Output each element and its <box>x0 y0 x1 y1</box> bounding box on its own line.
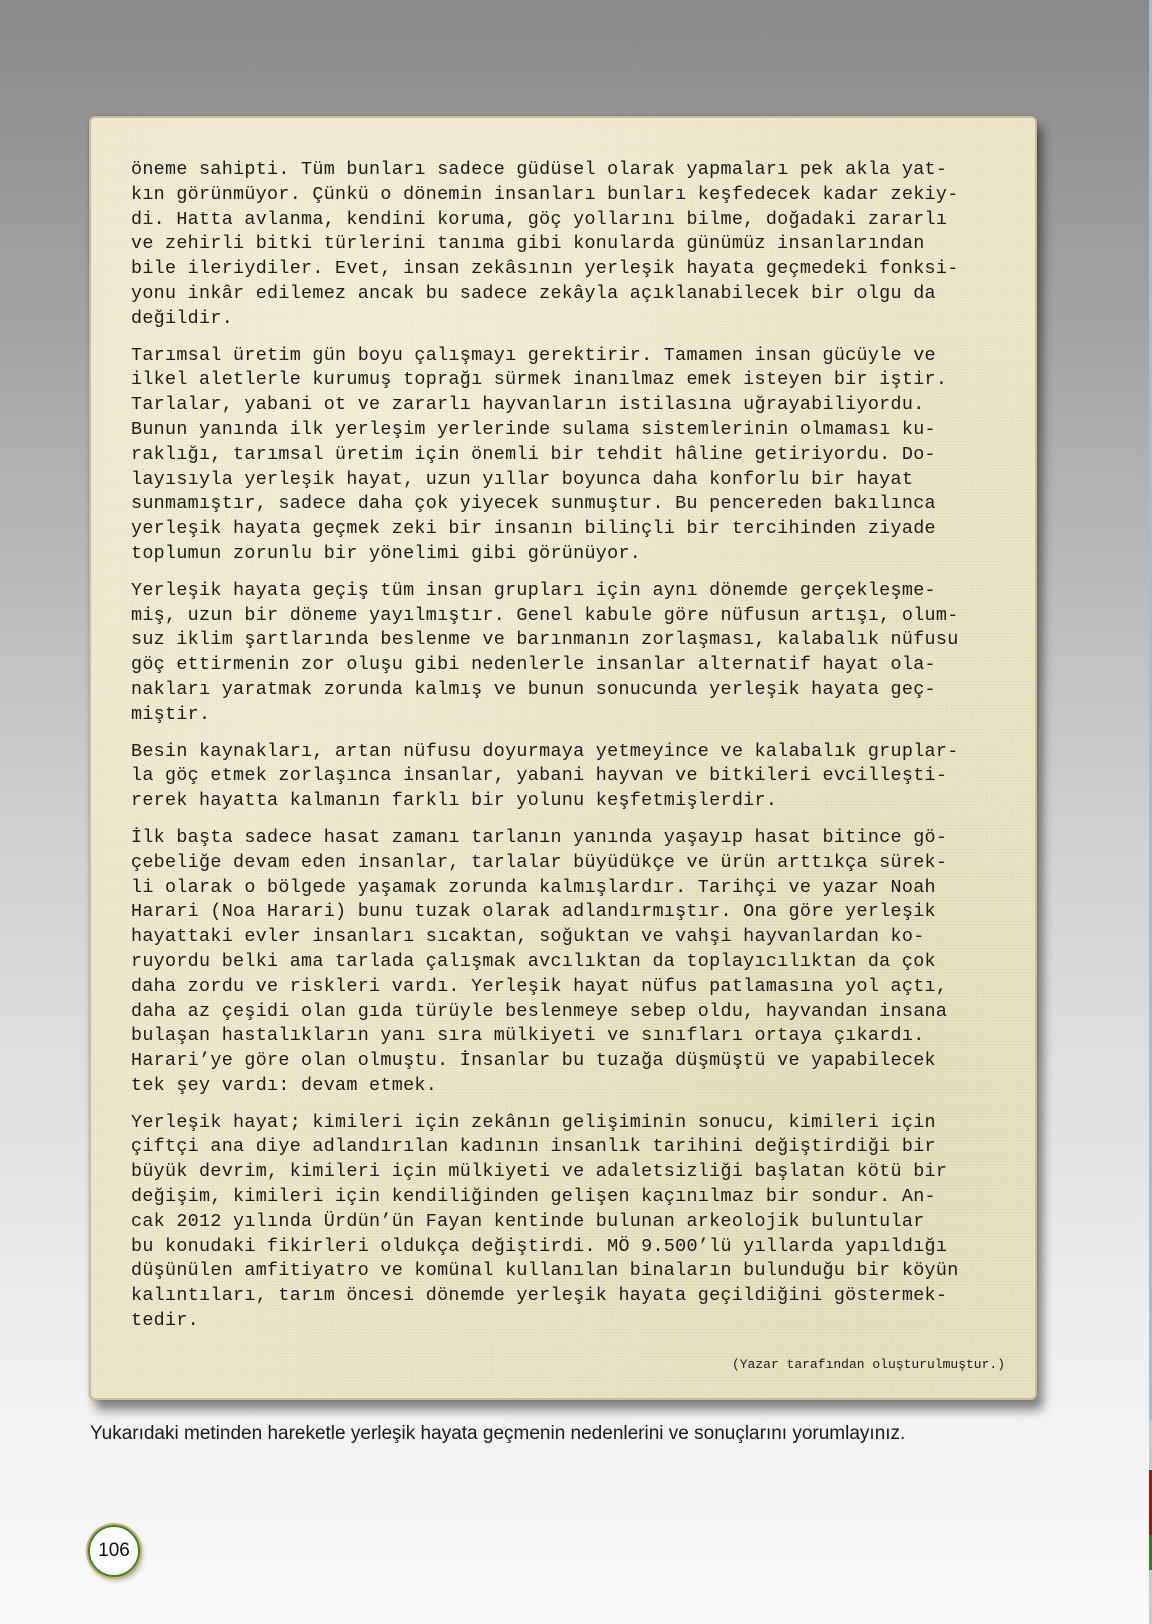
text-line: yonu inkâr edilemez ancak bu sadece zekâ… <box>131 282 1001 307</box>
text-line: layısıyla yerleşik hayat, uzun yıllar bo… <box>131 468 1001 493</box>
text-line: di. Hatta avlanma, kendini koruma, göç y… <box>131 208 1001 233</box>
text-line: bulaşan hastalıkların yanı sıra mülkiyet… <box>131 1024 1001 1049</box>
text-line: Tarımsal üretim gün boyu çalışmayı gerek… <box>131 344 1001 369</box>
text-line: göç ettirmenin zor oluşu gibi nedenlerle… <box>131 653 1001 678</box>
text-line: miştir. <box>131 703 1001 728</box>
paragraph: Besin kaynakları, artan nüfusu doyurmaya… <box>131 740 1001 814</box>
text-line: Besin kaynakları, artan nüfusu doyurmaya… <box>131 740 1001 765</box>
text-line: çebeliğe devam eden insanlar, tarlalar b… <box>131 851 1001 876</box>
paragraph: Yerleşik hayat; kimileri için zekânın ge… <box>131 1111 1001 1334</box>
text-line: büyük devrim, kimileri için mülkiyeti ve… <box>131 1160 1001 1185</box>
paragraph: öneme sahipti. Tüm bunları sadece güdüse… <box>131 158 1001 332</box>
text-line: tek şey vardı: devam etmek. <box>131 1074 1001 1099</box>
text-line: Yerleşik hayat; kimileri için zekânın ge… <box>131 1111 1001 1136</box>
text-line: ve zehirli bitki türlerini tanıma gibi k… <box>131 232 1001 257</box>
page-number-badge: 106 <box>88 1525 140 1577</box>
text-line: miş, uzun bir döneme yayılmıştır. Genel … <box>131 604 1001 629</box>
paragraph: Yerleşik hayata geçiş tüm insan grupları… <box>131 579 1001 728</box>
text-line: değildir. <box>131 307 1001 332</box>
text-line: İlk başta sadece hasat zamanı tarlanın y… <box>131 826 1001 851</box>
text-line: ruyordu belki ama tarlada çalışmak avcıl… <box>131 950 1001 975</box>
text-line: bu konudaki fikirleri oldukça değiştirdi… <box>131 1235 1001 1260</box>
text-line: çiftçi ana diye adlandırılan kadının ins… <box>131 1135 1001 1160</box>
text-line: daha az çeşidi olan gıda türüyle beslenm… <box>131 1000 1001 1025</box>
text-line: kalıntıları, tarım öncesi dönemde yerleş… <box>131 1284 1001 1309</box>
text-line: tedir. <box>131 1309 1001 1334</box>
text-line: cak 2012 yılında Ürdün’ün Fayan kentinde… <box>131 1210 1001 1235</box>
text-line: daha zordu ve riskleri vardı. Yerleşik h… <box>131 975 1001 1000</box>
text-line: kın görünmüyor. Çünkü o dönemin insanlar… <box>131 183 1001 208</box>
question-prompt: Yukarıdaki metinden hareketle yerleşik h… <box>90 1423 905 1445</box>
text-line: bile ileriydiler. Evet, insan zekâsının … <box>131 257 1001 282</box>
text-line: Yerleşik hayata geçiş tüm insan grupları… <box>131 579 1001 604</box>
text-line: Tarlalar, yabani ot ve zararlı hayvanlar… <box>131 393 1001 418</box>
text-line: toplumun zorunlu bir yönelimi gibi görün… <box>131 542 1001 567</box>
text-line: sunmamıştır, sadece daha çok yiyecek sun… <box>131 492 1001 517</box>
page-number: 106 <box>98 1540 130 1562</box>
reading-text-paper: öneme sahipti. Tüm bunları sadece güdüse… <box>89 116 1037 1400</box>
text-line: Bunun yanında ilk yerleşim yerlerinde su… <box>131 418 1001 443</box>
text-line: düşünülen amfitiyatro ve komünal kullanı… <box>131 1259 1001 1284</box>
author-attribution: (Yazar tarafından oluşturulmuştur.) <box>732 1357 1005 1372</box>
text-line: Harari’ye göre olan olmuştu. İnsanlar bu… <box>131 1049 1001 1074</box>
text-line: öneme sahipti. Tüm bunları sadece güdüse… <box>131 158 1001 183</box>
paragraph: İlk başta sadece hasat zamanı tarlanın y… <box>131 826 1001 1099</box>
text-line: yerleşik hayata geçmek zeki bir insanın … <box>131 517 1001 542</box>
text-line: rerek hayatta kalmanın farklı bir yolunu… <box>131 789 1001 814</box>
text-line: nakları yaratmak zorunda kalmış ve bunun… <box>131 678 1001 703</box>
text-line: ilkel aletlerle kurumuş toprağı sürmek i… <box>131 368 1001 393</box>
text-line: raklığı, tarımsal üretim için önemli bir… <box>131 443 1001 468</box>
text-line: hayattaki evler insanları sıcaktan, soğu… <box>131 925 1001 950</box>
text-line: li olarak o bölgede yaşamak zorunda kalm… <box>131 876 1001 901</box>
text-line: la göç etmek zorlaşınca insanlar, yabani… <box>131 764 1001 789</box>
reading-text-body: öneme sahipti. Tüm bunları sadece güdüse… <box>131 158 1001 1346</box>
text-line: suz iklim şartlarında beslenme ve barınm… <box>131 628 1001 653</box>
text-line: değişim, kimileri için kendiliğinden gel… <box>131 1185 1001 1210</box>
text-line: Harari (Noa Harari) bunu tuzak olarak ad… <box>131 900 1001 925</box>
paragraph: Tarımsal üretim gün boyu çalışmayı gerek… <box>131 344 1001 567</box>
